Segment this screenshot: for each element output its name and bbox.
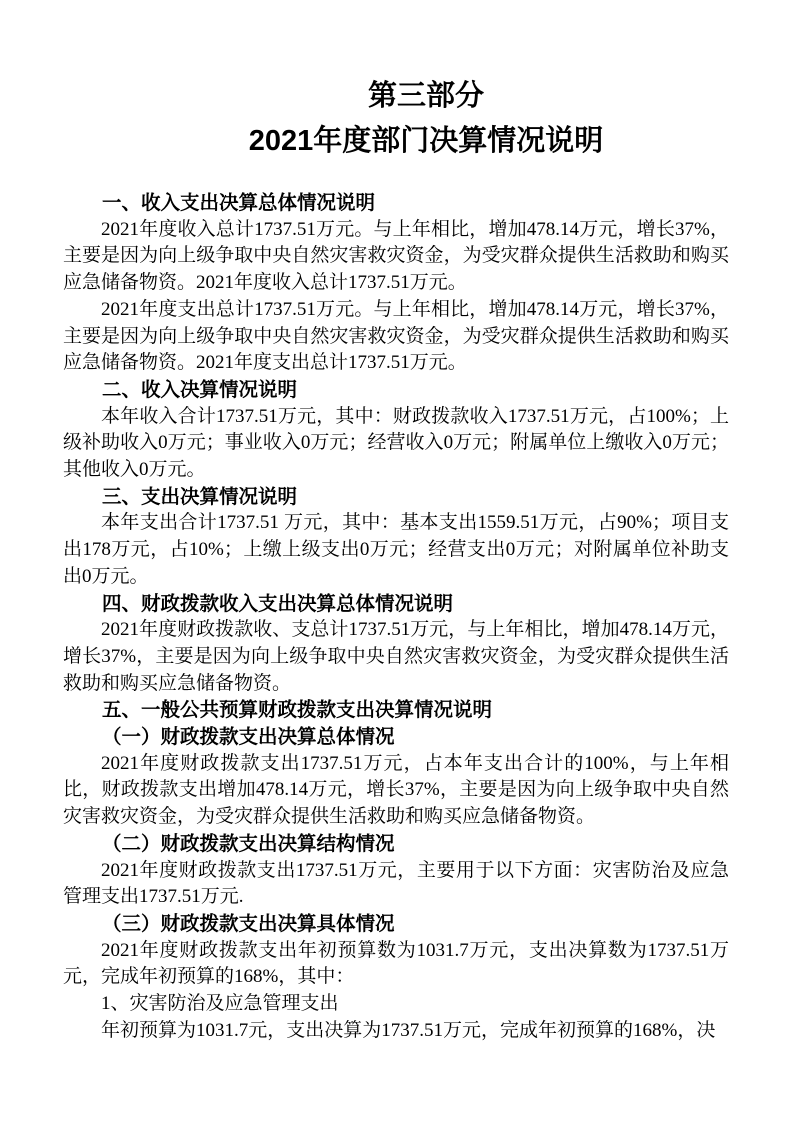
sub-section-heading-1: （一）财政拨款支出决算总体情况: [63, 724, 729, 751]
sub-section-heading-2: （二）财政拨款支出决算结构情况: [63, 831, 729, 858]
section-heading-3: 三、支出决算情况说明: [63, 484, 729, 511]
section-heading-4: 四、财政拨款收入支出决算总体情况说明: [63, 591, 729, 618]
paragraph: 2021年度财政拨款支出年初预算数为1031.7万元，支出决算数为1737.51…: [63, 938, 729, 991]
section-heading-5: 五、一般公共预算财政拨款支出决算情况说明: [63, 697, 729, 724]
document-title-line-2: 2021年度部门决算情况说明: [123, 119, 729, 164]
paragraph: 2021年度财政拨款收、支总计1737.51万元，与上年相比，增加478.14万…: [63, 617, 729, 697]
document-title-line-1: 第三部分: [123, 74, 729, 119]
paragraph: 2021年度财政拨款支出1737.51万元，主要用于以下方面：灾害防治及应急管理…: [63, 858, 729, 911]
section-heading-1: 一、收入支出决算总体情况说明: [63, 190, 729, 217]
paragraph: 本年收入合计1737.51万元，其中：财政拨款收入1737.51万元，占100%…: [63, 404, 729, 484]
paragraph: 2021年度收入总计1737.51万元。与上年相比，增加478.14万元，增长3…: [63, 217, 729, 297]
paragraph: 年初预算为1031.7元，支出决算为1737.51万元，完成年初预算的168%，…: [63, 1018, 729, 1045]
section-heading-2: 二、收入决算情况说明: [63, 377, 729, 404]
sub-section-heading-3: （三）财政拨款支出决算具体情况: [63, 911, 729, 938]
paragraph: 本年支出合计1737.51 万元，其中：基本支出1559.51万元，占90%；项…: [63, 510, 729, 590]
document-body: 一、收入支出决算总体情况说明 2021年度收入总计1737.51万元。与上年相比…: [63, 190, 729, 1045]
document-title: 第三部分 2021年度部门决算情况说明: [63, 74, 729, 164]
document-page: 第三部分 2021年度部门决算情况说明 一、收入支出决算总体情况说明 2021年…: [0, 0, 793, 1122]
list-item-paragraph: 1、灾害防治及应急管理支出: [63, 991, 729, 1018]
paragraph: 2021年度财政拨款支出1737.51万元，占本年支出合计的100%，与上年相比…: [63, 751, 729, 831]
paragraph: 2021年度支出总计1737.51万元。与上年相比，增加478.14万元，增长3…: [63, 297, 729, 377]
